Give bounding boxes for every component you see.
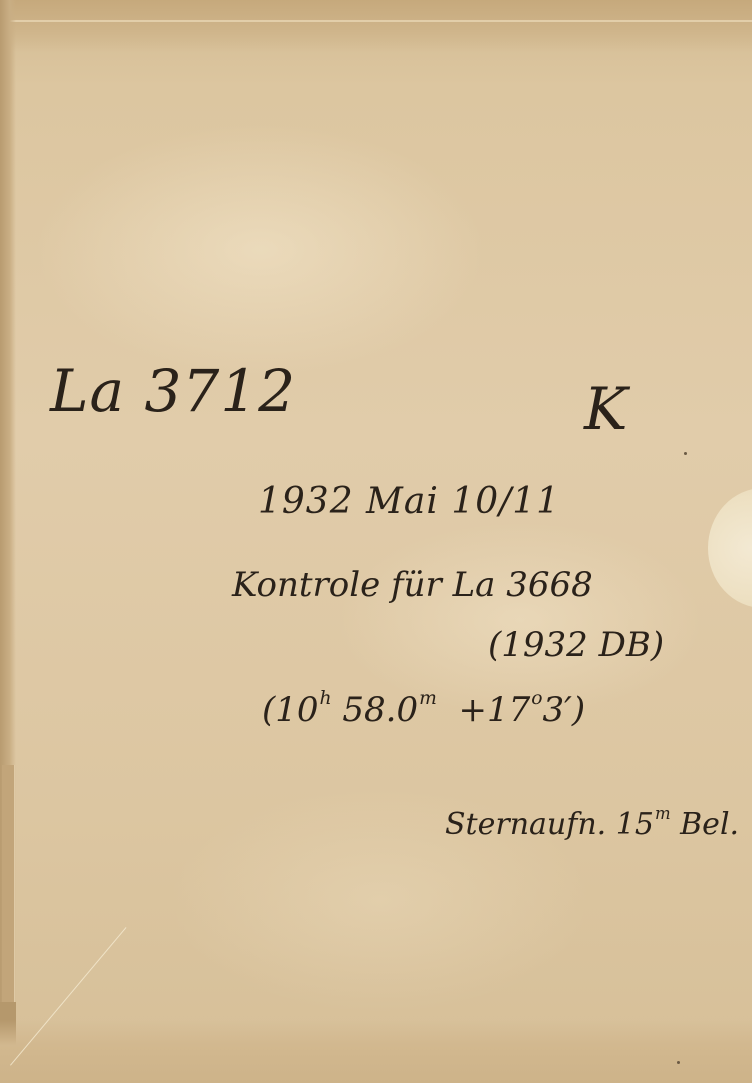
coordinates: (10h 58.0m +17o3′) xyxy=(262,690,585,727)
chart-note-suffix: Bel. xyxy=(680,807,739,842)
control-note: Kontrole für La 3668 xyxy=(232,568,593,602)
plate-identifier: La 3712 xyxy=(50,362,296,420)
ra-hours-unit: h xyxy=(320,688,332,709)
limiting-magnitude: 15 xyxy=(616,807,654,842)
k-mark: K xyxy=(584,380,627,438)
left-edge-strip xyxy=(2,765,15,1005)
coords-close-paren: ) xyxy=(572,690,585,730)
coords-open-paren: ( xyxy=(262,690,275,730)
ink-speck xyxy=(677,1061,680,1064)
dec-degrees: +17 xyxy=(458,690,530,730)
chart-note-text: Sternaufn. xyxy=(445,807,606,842)
object-designation: (1932 DB) xyxy=(488,628,664,662)
top-fold-line xyxy=(0,20,752,22)
ra-minutes: 58.0 xyxy=(342,690,418,730)
dec-degrees-unit: o xyxy=(531,688,542,709)
bottom-edge-shading xyxy=(0,1020,752,1083)
document-page: La 3712 K 1932 Mai 10/11 Kontrole für La… xyxy=(0,0,752,1083)
ra-minutes-unit: m xyxy=(419,688,437,709)
ra-hours: 10 xyxy=(275,690,318,730)
ink-speck xyxy=(684,452,687,455)
top-edge-shading xyxy=(0,0,752,52)
thumb-cutout xyxy=(708,488,752,608)
observation-date: 1932 Mai 10/11 xyxy=(258,484,560,520)
dec-minutes: 3′ xyxy=(542,690,571,730)
chart-note: Sternaufn. 15m Bel. xyxy=(445,806,739,840)
magnitude-unit: m xyxy=(655,804,671,823)
